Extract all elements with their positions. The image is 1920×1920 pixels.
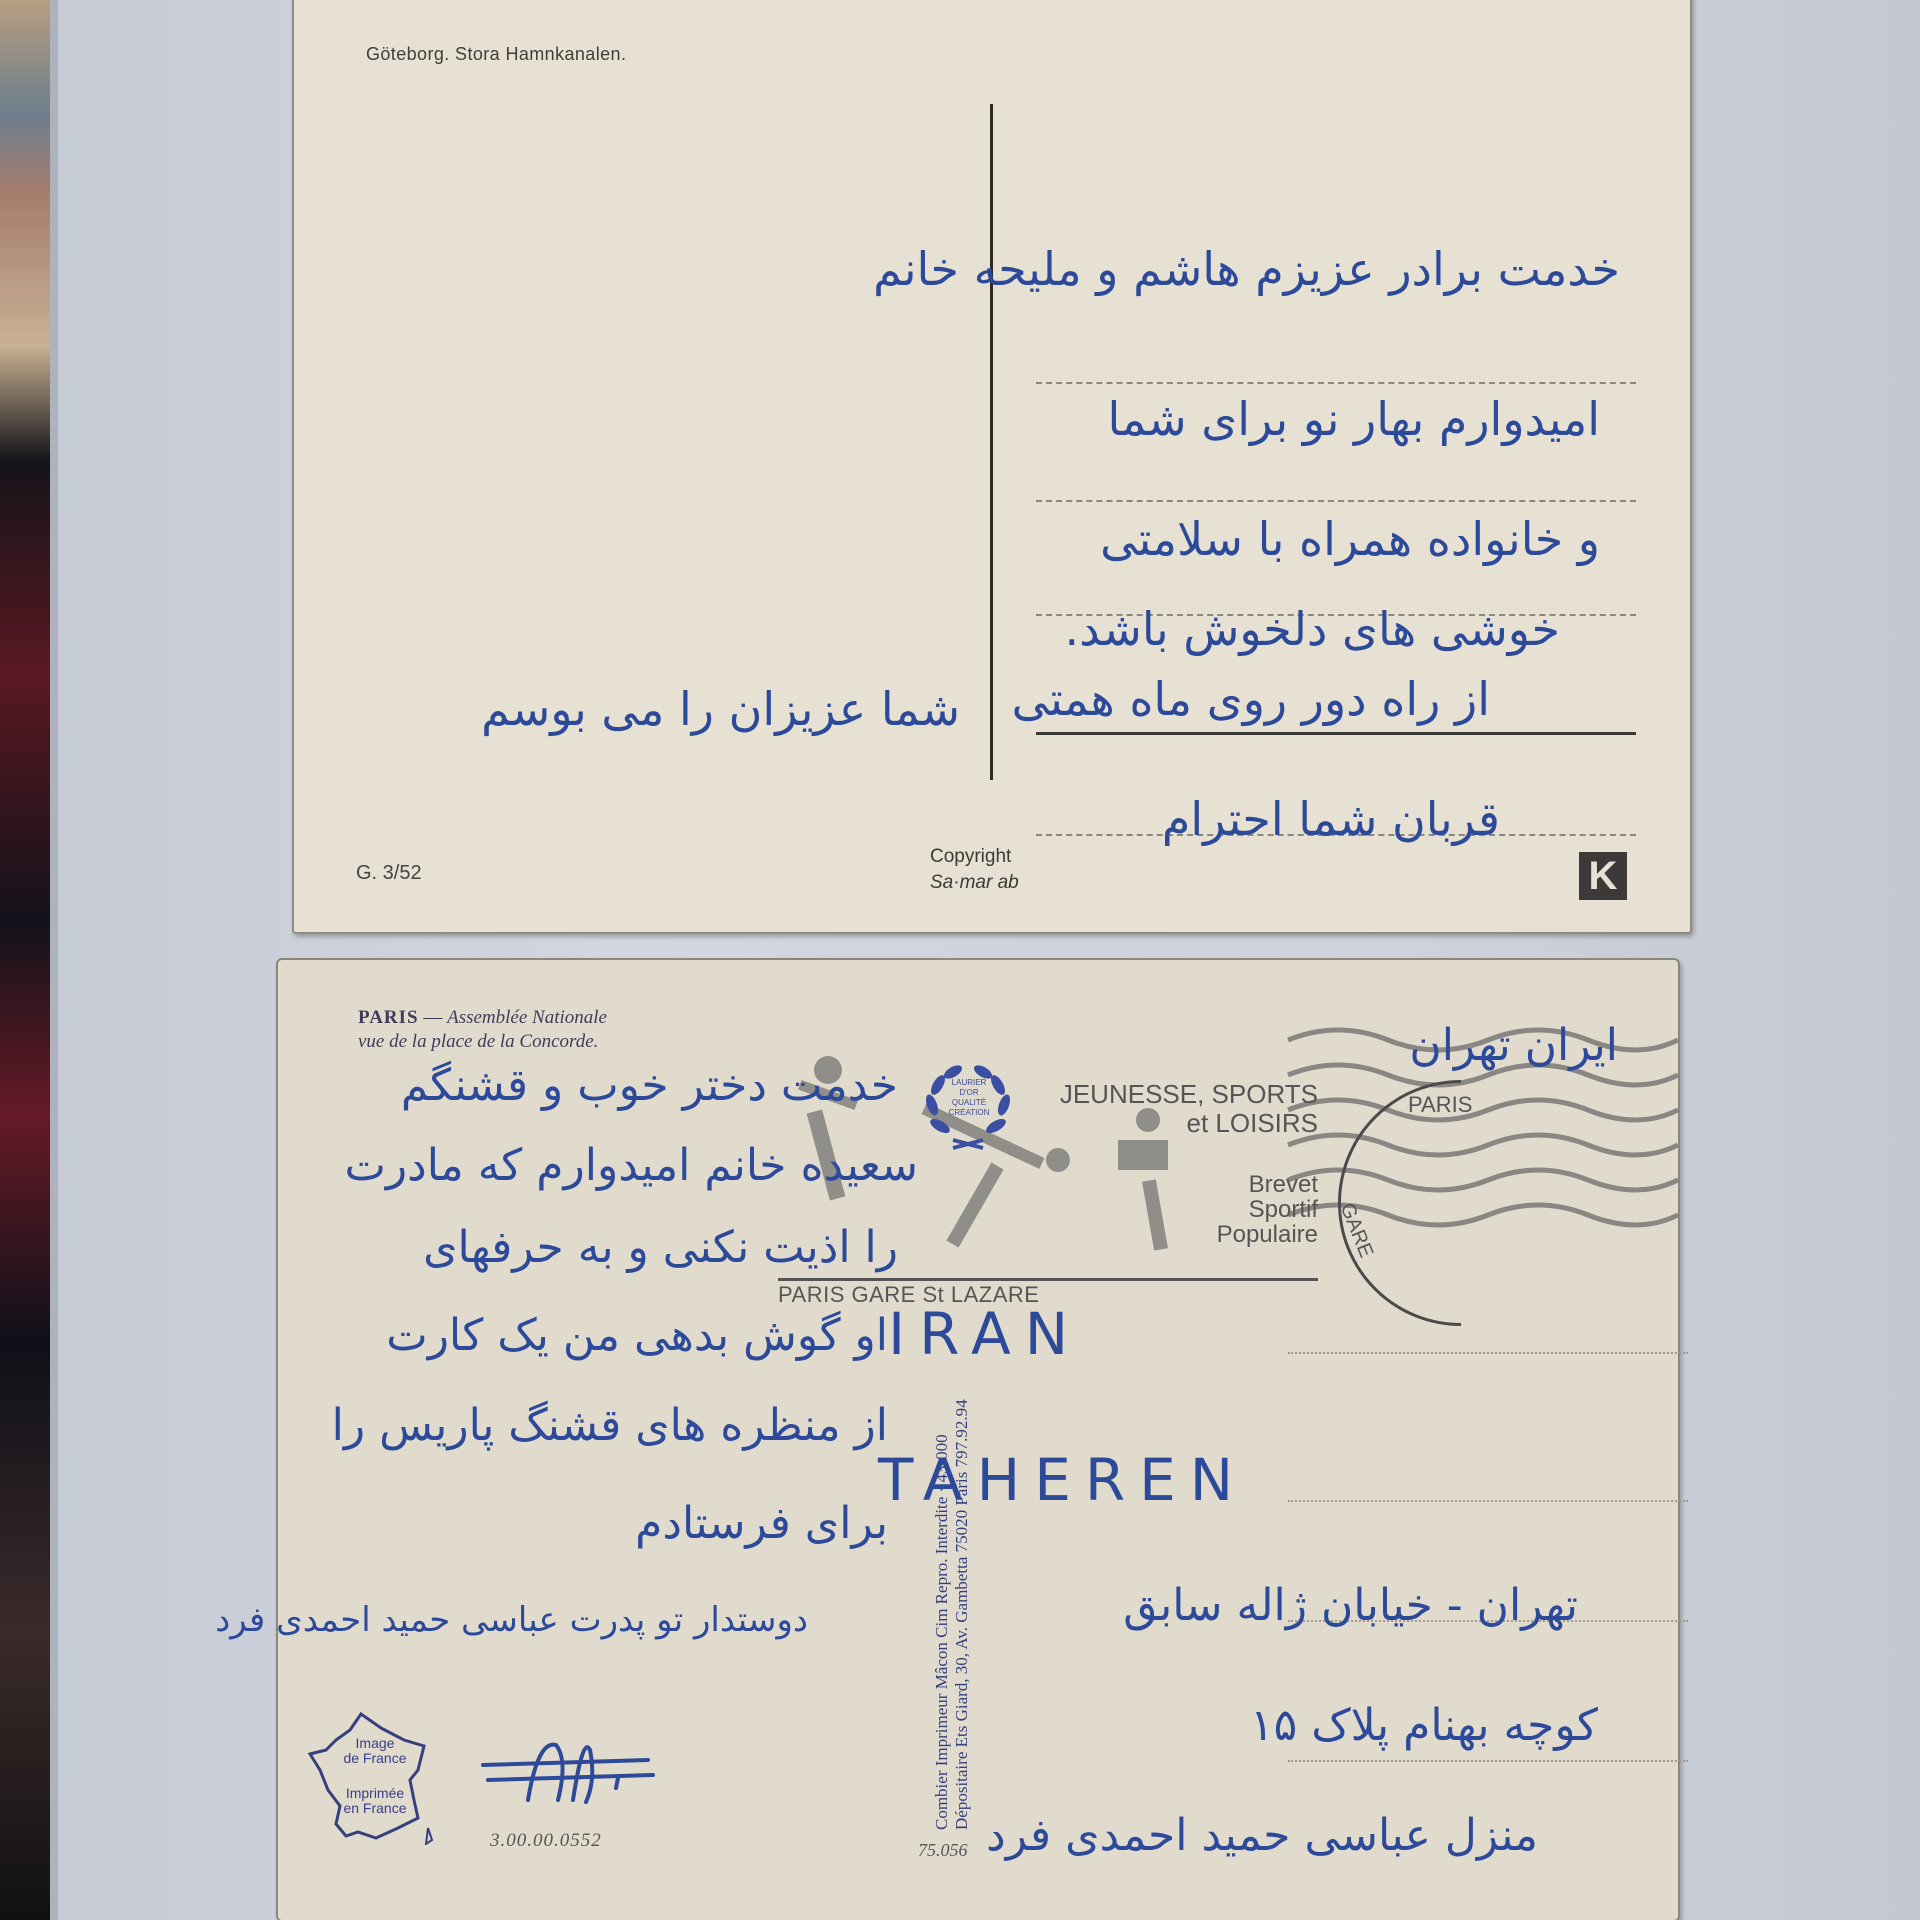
- card-number: 75.056: [918, 1840, 968, 1861]
- postcard-goteborg: Göteborg. Stora Hamnkanalen. خدمت برادر …: [292, 0, 1692, 934]
- card-code: G. 3/52: [356, 862, 422, 885]
- slogan-line: et LOISIRS: [988, 1109, 1318, 1138]
- title-city: PARIS: [358, 1007, 419, 1028]
- handwriting-line: را اذیت نکنی و به حرفهای: [423, 1222, 898, 1273]
- address-alley: کوچه بهنام پلاک ۱۵: [1250, 1700, 1598, 1751]
- copyright-block: Copyright Sa·mar ab: [930, 844, 1019, 895]
- handwriting-line: او گوش بدهی من یک کارت: [386, 1310, 888, 1361]
- postmark-city: PARIS: [1408, 1092, 1472, 1118]
- title-subtitle: vue de la place de la Concorde.: [358, 1031, 598, 1052]
- cancellation-rule: [778, 1278, 1318, 1281]
- handwriting-signoff: دوستدار تو پدرت عباسی حمید احمدی فرد: [215, 1600, 808, 1640]
- badge-line: Imprimée: [330, 1786, 420, 1801]
- france-badge-top: Image de France: [330, 1736, 420, 1767]
- handwriting-line: خدمت دختر خوب و قشنگم: [401, 1060, 898, 1111]
- handwriting-closing: قربان شما احترام: [1162, 792, 1500, 846]
- address-street: تهران - خیابان ژاله سابق: [1123, 1580, 1578, 1631]
- address-line: [1288, 1760, 1688, 1762]
- address-country-fa: ایران تهران: [1409, 1020, 1618, 1071]
- subtitle-line: Populaire: [1098, 1222, 1318, 1247]
- handwriting-line: برای فرستادم: [635, 1498, 888, 1549]
- subtitle-line: Sportif: [1098, 1197, 1318, 1222]
- address-country-en: IRAN: [888, 1300, 1082, 1368]
- handwriting-line: از راه دور روی ماه همتی: [1012, 672, 1490, 726]
- badge-line: en France: [330, 1801, 420, 1816]
- title-dash: —: [423, 1007, 442, 1028]
- handwriting-line: و خانواده همراه با سلامتی: [1100, 512, 1600, 566]
- address-line: [1036, 382, 1636, 384]
- laurel-line: LAURIER D'OR: [946, 1078, 992, 1098]
- postcard-title: PARIS — Assemblée Nationale vue de la pl…: [358, 1006, 607, 1054]
- subtitle-line: Brevet: [1098, 1172, 1318, 1197]
- rug-background: [0, 0, 50, 1920]
- badge-line: de France: [330, 1751, 420, 1766]
- france-badge-bottom: Imprimée en France: [330, 1786, 420, 1817]
- signature-scribble: [478, 1730, 658, 1810]
- postcard-divider: [990, 104, 993, 780]
- handwriting-line: از منظره های قشنگ پاریس را: [332, 1400, 888, 1451]
- handwriting-line: سعیده خانم امیدوارم که مادرت: [344, 1140, 918, 1191]
- address-line: [1288, 1352, 1688, 1354]
- cancellation-subtitle: Brevet Sportif Populaire: [1098, 1172, 1318, 1248]
- handwriting-line: خوشی های دلخوش باشد.: [1065, 602, 1560, 656]
- handwriting-line: خدمت برادر عزیزم هاشم و ملیحه خانم: [873, 242, 1620, 296]
- slogan-line: JEUNESSE, SPORTS: [988, 1080, 1318, 1109]
- handwriting-line: امیدوارم بهار نو برای شما: [1107, 392, 1600, 446]
- postcard-caption: Göteborg. Stora Hamnkanalen.: [366, 44, 626, 65]
- handwriting-line: شما عزیزان را می بوسم: [481, 682, 960, 736]
- publisher-logo: K: [1579, 852, 1627, 900]
- address-line: [1288, 1500, 1688, 1502]
- publisher-name: Sa·mar ab: [930, 870, 1019, 896]
- laurel-line: QUALITÉ: [946, 1098, 992, 1108]
- cloth-edge-shadow: [50, 0, 58, 1920]
- cancellation-slogan: JEUNESSE, SPORTS et LOISIRS: [988, 1080, 1318, 1137]
- address-city-en: TAHEREN: [878, 1446, 1247, 1514]
- badge-line: Image: [330, 1736, 420, 1751]
- postcard-paris: PARIS — Assemblée Nationale vue de la pl…: [276, 958, 1680, 1920]
- copyright-label: Copyright: [930, 844, 1019, 870]
- title-subject: Assemblée Nationale: [447, 1007, 607, 1028]
- france-map-icon: [306, 1710, 441, 1845]
- card-code: 3.00.00.0552: [490, 1830, 602, 1852]
- address-line: [1036, 500, 1636, 502]
- address-recipient: منزل عباسی حمید احمدی فرد: [986, 1810, 1538, 1861]
- address-line: [1036, 732, 1636, 735]
